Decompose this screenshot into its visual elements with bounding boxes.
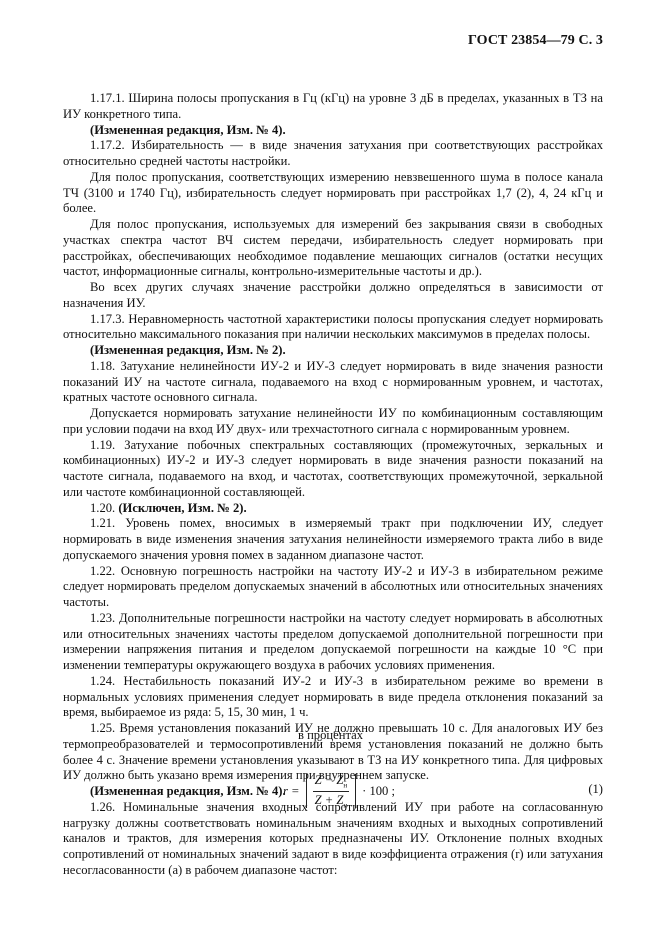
paragraph: 1.17.3. Неравномерность частотной характ… xyxy=(63,312,603,344)
paragraph: 1.22. Основную погрешность настройки на … xyxy=(63,564,603,611)
paragraph: 1.23. Дополнительные погрешности настрой… xyxy=(63,611,603,674)
formula-lhs: r = xyxy=(283,784,300,799)
paragraph: 1.24. Нестабильность показаний ИУ-2 и ИУ… xyxy=(63,674,603,721)
paragraph: 1.19. Затухание побочных спектральных со… xyxy=(63,438,603,501)
paragraph: Для полос пропускания, соответствующих и… xyxy=(63,170,603,217)
amendment-note: (Измененная редакция, Изм. № 2). xyxy=(63,343,603,359)
paragraph: 1.18. Затухание нелинейности ИУ-2 и ИУ-3… xyxy=(63,359,603,406)
formula-multiplier: · 100 ; xyxy=(362,784,395,799)
document-body: 1.17.1. Ширина полосы пропускания в Гц (… xyxy=(63,91,603,879)
paragraph: Допускается нормировать затухание нелине… xyxy=(63,406,603,438)
paragraph: Для полос пропускания, используемых для … xyxy=(63,217,603,280)
paragraph: 1.17.1. Ширина полосы пропускания в Гц (… xyxy=(63,91,603,123)
paragraph: 1.17.2. Избирательность — в виде значени… xyxy=(63,138,603,170)
paragraph: 1.21. Уровень помех, вносимых в измеряем… xyxy=(63,516,603,563)
formula-numerator: Z − Zн xyxy=(313,773,350,792)
paragraph: 1.20. (Исключен, Изм. № 2). xyxy=(63,501,603,517)
amendment-note: (Измененная редакция, Изм. № 4). xyxy=(63,123,603,139)
paragraph: Во всех других случаях значение расстрой… xyxy=(63,280,603,312)
formula-fraction: Z − Zн Z + Zн xyxy=(313,773,350,809)
abs-bar-left xyxy=(306,774,307,808)
equation-number: (1) xyxy=(588,782,603,797)
formula-label: в процентах xyxy=(0,728,661,743)
abs-bar-right xyxy=(355,774,356,808)
formula-denominator: Z + Zн xyxy=(313,792,350,810)
formula-reflection-coefficient: r = Z − Zн Z + Zн · 100 ; xyxy=(283,773,395,809)
page-header: ГОСТ 23854—79 С. 3 xyxy=(468,33,603,49)
paragraph: 1.26. Номинальные значения входных сопро… xyxy=(63,800,603,879)
